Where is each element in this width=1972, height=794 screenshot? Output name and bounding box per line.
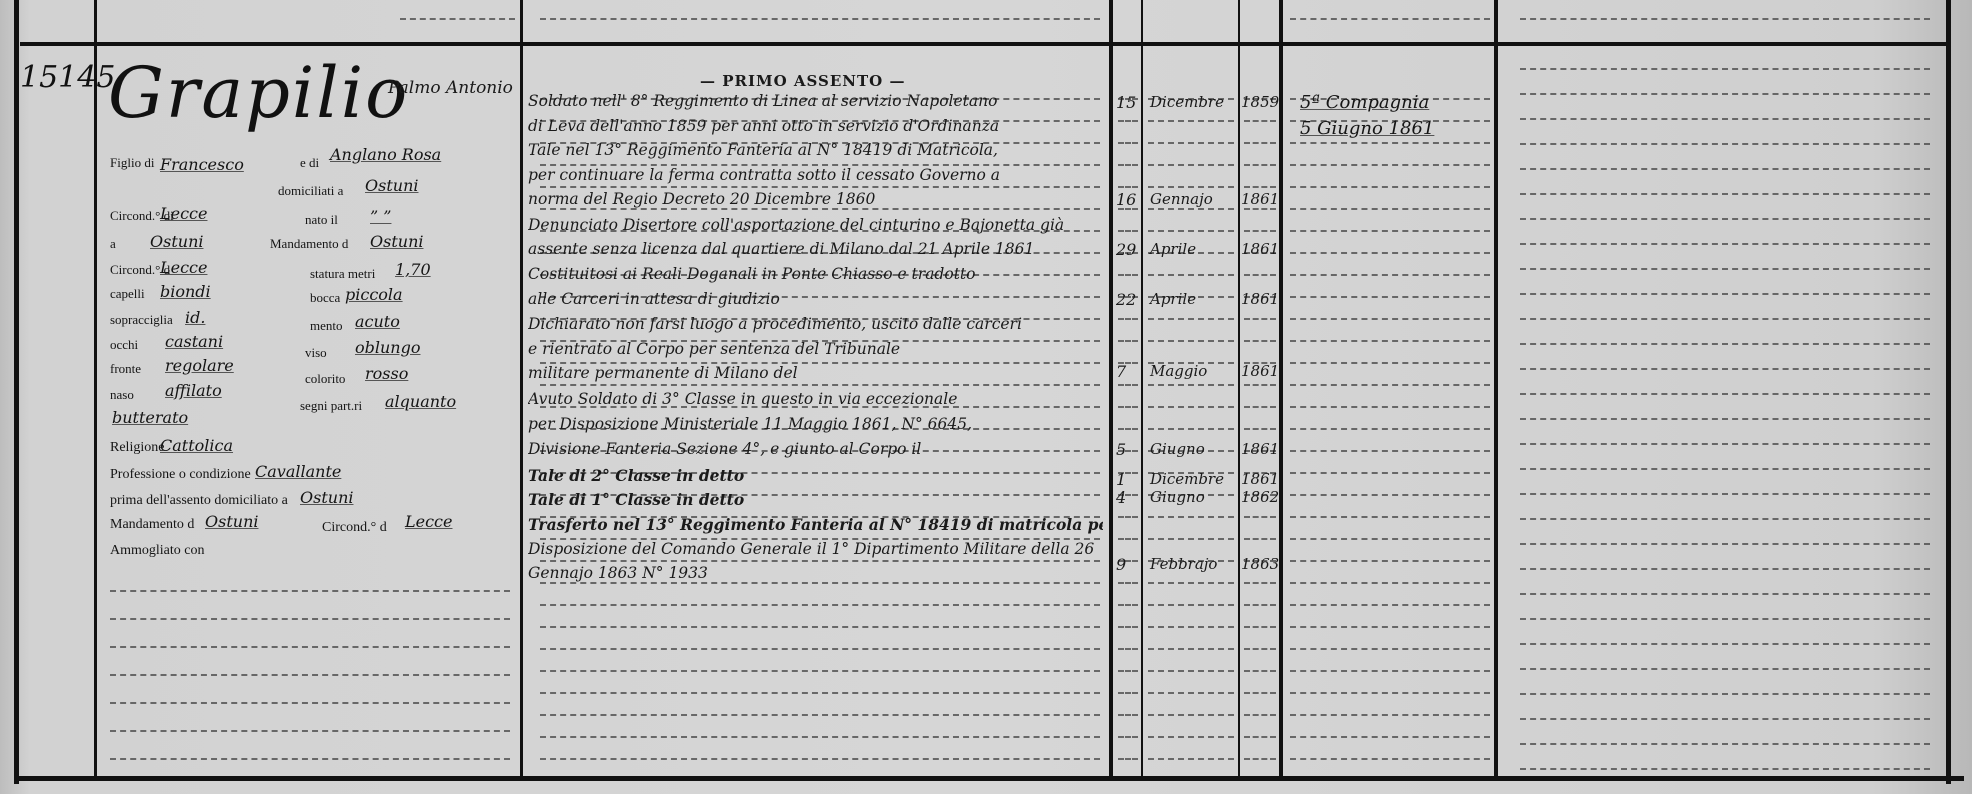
rule-line — [1520, 518, 1930, 520]
field-label: a — [110, 236, 116, 252]
date-day: 7 — [1116, 362, 1126, 381]
rule-line — [1244, 318, 1276, 320]
field-value: Cavallante — [255, 462, 341, 481]
date-year: 1861 — [1241, 362, 1279, 380]
field-value: Cattolica — [160, 436, 233, 455]
rule-line — [1118, 670, 1138, 672]
field-label: naso — [110, 387, 134, 403]
rule-line — [1148, 186, 1234, 188]
rule-line — [1148, 714, 1234, 716]
field-value: oblungo — [355, 338, 420, 357]
narrative-line: Gennajo 1863 N° 1933 — [528, 564, 1103, 582]
rule-line — [1148, 142, 1234, 144]
rule-line — [1290, 142, 1490, 144]
rule-line — [1118, 692, 1138, 694]
date-year: 1861 — [1241, 240, 1279, 258]
rule-line — [1244, 736, 1276, 738]
rule-line — [1290, 340, 1490, 342]
rule-line — [1118, 758, 1138, 760]
date-year: 1863 — [1241, 555, 1279, 573]
rule-line — [110, 758, 510, 760]
narrative-line: Costituitosi ai Reali Doganali in Ponte … — [528, 265, 1103, 283]
note-line: 5ª Compagnia — [1300, 92, 1429, 113]
rule-line — [1520, 543, 1930, 545]
rule-line — [1118, 230, 1138, 232]
field-label: statura metri — [310, 266, 375, 282]
rule-line — [540, 384, 1100, 386]
field-value: rosso — [365, 364, 408, 383]
rule-line — [1290, 384, 1490, 386]
field-label: Professione o condizione — [110, 467, 251, 483]
field-value: Francesco — [160, 155, 244, 174]
narrative-line: Tale di 2° Classe in detto — [528, 466, 1103, 485]
rule-line — [1244, 714, 1276, 716]
rule-line — [1148, 604, 1234, 606]
field-label: nato il — [305, 212, 338, 228]
date-month: Dicembre — [1150, 93, 1224, 111]
rule-line — [1290, 670, 1490, 672]
rule-line — [1148, 538, 1234, 540]
field-value: Ostuni — [300, 488, 353, 507]
rule-line — [1148, 164, 1234, 166]
rule-line — [1290, 736, 1490, 738]
rule-line — [1118, 274, 1138, 276]
frame-right — [1946, 0, 1951, 784]
field-value: piccola — [345, 285, 403, 304]
field-label: bocca — [310, 290, 340, 306]
rule-line — [1520, 568, 1930, 570]
field-label: sopracciglia — [110, 312, 173, 328]
rule-line — [1290, 648, 1490, 650]
field-value: 1,70 — [395, 260, 431, 279]
surname: Grapilio — [108, 52, 409, 134]
rule-line — [1244, 406, 1276, 408]
rule-line — [110, 590, 510, 592]
field-label: segni part.ri — [300, 398, 362, 414]
rule-line — [1290, 164, 1490, 166]
field-value: ” ” — [370, 207, 391, 226]
field-label: Religione — [110, 440, 164, 456]
date-day: 1 — [1116, 470, 1126, 489]
rule-line — [1520, 618, 1930, 620]
rule-line — [1148, 582, 1234, 584]
rule-line — [1520, 293, 1930, 295]
rule-line — [1244, 692, 1276, 694]
rule-line — [540, 670, 1100, 672]
field-label: mento — [310, 318, 343, 334]
rule-line — [1290, 538, 1490, 540]
narrative-line: di Leva dell'anno 1859 per anni otto in … — [528, 117, 1103, 135]
rule-line — [540, 736, 1100, 738]
rule-line — [1148, 648, 1234, 650]
rule-line — [540, 714, 1100, 716]
rule-line — [400, 18, 515, 20]
date-month: Aprile — [1150, 290, 1196, 308]
field-value: affilato — [165, 381, 222, 400]
narrative-line: militare permanente di Milano del — [528, 364, 1103, 382]
frame-left — [14, 0, 19, 784]
field-value: alquanto — [385, 392, 456, 411]
col-sep-year — [1279, 0, 1283, 778]
rule-line — [1244, 648, 1276, 650]
field-label: e di — [300, 155, 319, 171]
rule-line — [1520, 593, 1930, 595]
rule-line — [1520, 393, 1930, 395]
date-month: Febbrajo — [1150, 555, 1217, 573]
rule-line — [1244, 516, 1276, 518]
field-value: id. — [185, 308, 205, 327]
rule-line — [1148, 340, 1234, 342]
field-label: Circond.° d — [322, 520, 387, 536]
rule-line — [1148, 208, 1234, 210]
date-month: Aprile — [1150, 240, 1196, 258]
note-line: 5 Giugno 1861 — [1300, 118, 1434, 139]
date-month: Giugno — [1150, 488, 1205, 506]
field-value: Lecce — [405, 512, 452, 531]
rule-line — [1244, 274, 1276, 276]
field-label: Mandamento d — [270, 236, 348, 252]
given-names: Palmo Antonio — [388, 78, 513, 98]
field-label: fronte — [110, 361, 141, 377]
rule-line — [1290, 18, 1490, 20]
field-value: biondi — [160, 282, 211, 301]
rule-line — [1118, 648, 1138, 650]
rule-line — [1118, 604, 1138, 606]
rule-line — [1244, 384, 1276, 386]
rule-line — [1520, 18, 1930, 20]
rule-line — [1520, 468, 1930, 470]
rule-line — [540, 582, 1100, 584]
rule-line — [1148, 692, 1234, 694]
rule-line — [1244, 626, 1276, 628]
rule-line — [1290, 208, 1490, 210]
date-month: Maggio — [1150, 362, 1207, 380]
header-rule — [20, 42, 1950, 46]
rule-line — [1290, 186, 1490, 188]
rule-line — [1290, 252, 1490, 254]
rule-line — [1520, 118, 1930, 120]
date-year: 1862 — [1241, 488, 1279, 506]
field-label: Ammogliato con — [110, 543, 205, 559]
date-year: 1861 — [1241, 190, 1279, 208]
narrative-line: Tale di 1° Classe in detto — [528, 490, 1103, 509]
rule-line — [1520, 218, 1930, 220]
section-title: — PRIMO ASSENTO — — [700, 72, 905, 90]
date-year: 1861 — [1241, 290, 1279, 308]
rule-line — [1520, 668, 1930, 670]
rule-line — [1244, 582, 1276, 584]
col-sep-narrative — [1109, 0, 1113, 778]
rule-line — [1244, 340, 1276, 342]
rule-line — [1118, 626, 1138, 628]
narrative-line: Disposizione del Comando Generale il 1° … — [528, 540, 1103, 558]
narrative-line: alle Carceri in attesa di giudizio — [528, 290, 1103, 308]
rule-line — [1290, 560, 1490, 562]
rule-line — [1520, 493, 1930, 495]
rule-line — [1118, 538, 1138, 540]
rule-line — [1244, 230, 1276, 232]
rule-line — [1244, 208, 1276, 210]
narrative-line: per continuare la ferma contratta sotto … — [528, 166, 1103, 184]
field-label: capelli — [110, 286, 145, 302]
field-value: castani — [165, 332, 223, 351]
rule-line — [1118, 736, 1138, 738]
rule-line — [1520, 368, 1930, 370]
date-month: Giugno — [1150, 440, 1205, 458]
rule-line — [1118, 164, 1138, 166]
rule-line — [1290, 318, 1490, 320]
narrative-line: e rientrato al Corpo per sentenza del Tr… — [528, 340, 1103, 358]
rule-line — [1118, 120, 1138, 122]
rule-line — [1290, 692, 1490, 694]
field-value: Ostuni — [365, 176, 418, 195]
field-value: Ostuni — [370, 232, 423, 251]
date-day: 15 — [1116, 93, 1136, 112]
rule-line — [1148, 516, 1234, 518]
rule-line — [1148, 274, 1234, 276]
rule-line — [540, 604, 1100, 606]
narrative-line: Denunciato Disertore coll'asportazione d… — [528, 216, 1103, 234]
rule-line — [1148, 626, 1234, 628]
rule-line — [540, 186, 1100, 188]
rule-line — [540, 208, 1100, 210]
rule-line — [1290, 274, 1490, 276]
narrative-line: Soldato nell' 8° Reggimento di Linea al … — [528, 92, 1103, 110]
field-label: colorito — [305, 371, 345, 387]
date-year: 1859 — [1241, 93, 1279, 111]
rule-line — [1290, 450, 1490, 452]
narrative-line: Divisione Fanteria Sezione 4°, e giunto … — [528, 440, 1103, 458]
field-label: Figlio di — [110, 155, 154, 171]
rule-line — [1118, 142, 1138, 144]
rule-line — [1520, 318, 1930, 320]
field-value: Ostuni — [150, 232, 203, 251]
field-label: occhi — [110, 337, 138, 353]
rule-line — [1290, 494, 1490, 496]
date-month: Gennajo — [1150, 190, 1213, 208]
rule-line — [1520, 693, 1930, 695]
rule-line — [1148, 736, 1234, 738]
rule-line — [1118, 406, 1138, 408]
rule-line — [1244, 120, 1276, 122]
rule-line — [1290, 714, 1490, 716]
rule-line — [1290, 516, 1490, 518]
rule-line — [1520, 193, 1930, 195]
field-label: domiciliati a — [278, 183, 343, 199]
col-sep-day — [1141, 0, 1143, 778]
date-year: 1861 — [1241, 470, 1279, 488]
rule-line — [540, 648, 1100, 650]
rule-line — [1118, 340, 1138, 342]
col-sep-personal — [520, 0, 523, 778]
rule-line — [1290, 362, 1490, 364]
date-day: 22 — [1116, 290, 1136, 309]
rule-line — [1244, 186, 1276, 188]
rule-line — [1290, 406, 1490, 408]
registration-number: 15145 — [20, 60, 115, 95]
field-label: viso — [305, 345, 327, 361]
narrative-line: Tale nel 13° Reggimento Fanteria al N° 1… — [528, 141, 1103, 159]
rule-line — [540, 758, 1100, 760]
rule-line — [540, 692, 1100, 694]
rule-line — [1118, 186, 1138, 188]
field-value: Anglano Rosa — [330, 145, 441, 164]
rule-line — [1520, 68, 1930, 70]
field-value: butterato — [112, 408, 188, 427]
narrative-line: norma del Regio Decreto 20 Dicembre 1860 — [528, 190, 1103, 208]
rule-line — [110, 674, 510, 676]
rule-line — [1148, 384, 1234, 386]
narrative-line: Avuto Soldato di 3° Classe in questo in … — [528, 390, 1103, 408]
rule-line — [1520, 143, 1930, 145]
rule-line — [1244, 604, 1276, 606]
register-page: 15145 Grapilio Palmo Antonio Figlio diFr… — [0, 0, 1972, 794]
rule-line — [540, 626, 1100, 628]
date-year: 1861 — [1241, 440, 1279, 458]
rule-line — [1290, 626, 1490, 628]
date-day: 9 — [1116, 555, 1126, 574]
rule-line — [1520, 443, 1930, 445]
rule-line — [1244, 164, 1276, 166]
date-month: Dicembre — [1150, 470, 1224, 488]
col-sep-notes — [1494, 0, 1498, 778]
rule-line — [1118, 318, 1138, 320]
rule-line — [1520, 268, 1930, 270]
date-day: 16 — [1116, 190, 1136, 209]
rule-line — [1520, 243, 1930, 245]
rule-line — [1520, 643, 1930, 645]
rule-line — [1148, 120, 1234, 122]
field-label: prima dell'assento domiciliato a — [110, 493, 288, 509]
rule-line — [1244, 670, 1276, 672]
rule-line — [540, 18, 1100, 20]
rule-line — [110, 646, 510, 648]
narrative-line: per Disposizione Ministeriale 11 Maggio … — [528, 415, 1103, 433]
rule-line — [1118, 384, 1138, 386]
rule-line — [1244, 428, 1276, 430]
rule-line — [1520, 743, 1930, 745]
rule-line — [1148, 230, 1234, 232]
rule-line — [1290, 296, 1490, 298]
narrative-line: Trasferto nel 13° Reggimento Fanteria al… — [528, 515, 1103, 534]
field-value: Ostuni — [205, 512, 258, 531]
rule-line — [1148, 318, 1234, 320]
rule-line — [1118, 428, 1138, 430]
field-value: acuto — [355, 312, 400, 331]
rule-line — [1118, 714, 1138, 716]
rule-line — [1290, 758, 1490, 760]
rule-line — [1118, 582, 1138, 584]
field-value: Lecce — [160, 204, 207, 223]
rule-line — [1290, 604, 1490, 606]
rule-line — [1118, 516, 1138, 518]
frame-bottom — [14, 776, 1964, 781]
rule-line — [1520, 343, 1930, 345]
rule-line — [1244, 142, 1276, 144]
date-day: 29 — [1116, 240, 1136, 259]
narrative-line: assente senza licenza dal quartiere di M… — [528, 240, 1103, 258]
rule-line — [110, 730, 510, 732]
rule-line — [1520, 93, 1930, 95]
rule-line — [1244, 758, 1276, 760]
rule-line — [540, 560, 1100, 562]
rule-line — [1148, 758, 1234, 760]
rule-line — [1520, 418, 1930, 420]
rule-line — [1290, 230, 1490, 232]
col-sep-number — [94, 0, 97, 778]
narrative-line: Dichiarato non farsi luogo a procediment… — [528, 315, 1103, 333]
rule-line — [1290, 428, 1490, 430]
rule-line — [1520, 718, 1930, 720]
field-label: Mandamento d — [110, 517, 194, 533]
rule-line — [110, 618, 510, 620]
rule-line — [1520, 168, 1930, 170]
date-day: 5 — [1116, 440, 1126, 459]
rule-line — [1520, 768, 1930, 770]
rule-line — [1244, 538, 1276, 540]
field-value: Lecce — [160, 258, 207, 277]
rule-line — [110, 702, 510, 704]
field-value: regolare — [165, 356, 234, 375]
rule-line — [1148, 406, 1234, 408]
rule-line — [1148, 670, 1234, 672]
col-sep-month — [1238, 0, 1240, 778]
date-day: 4 — [1116, 488, 1126, 507]
rule-line — [1290, 582, 1490, 584]
rule-line — [1148, 428, 1234, 430]
rule-line — [1290, 472, 1490, 474]
